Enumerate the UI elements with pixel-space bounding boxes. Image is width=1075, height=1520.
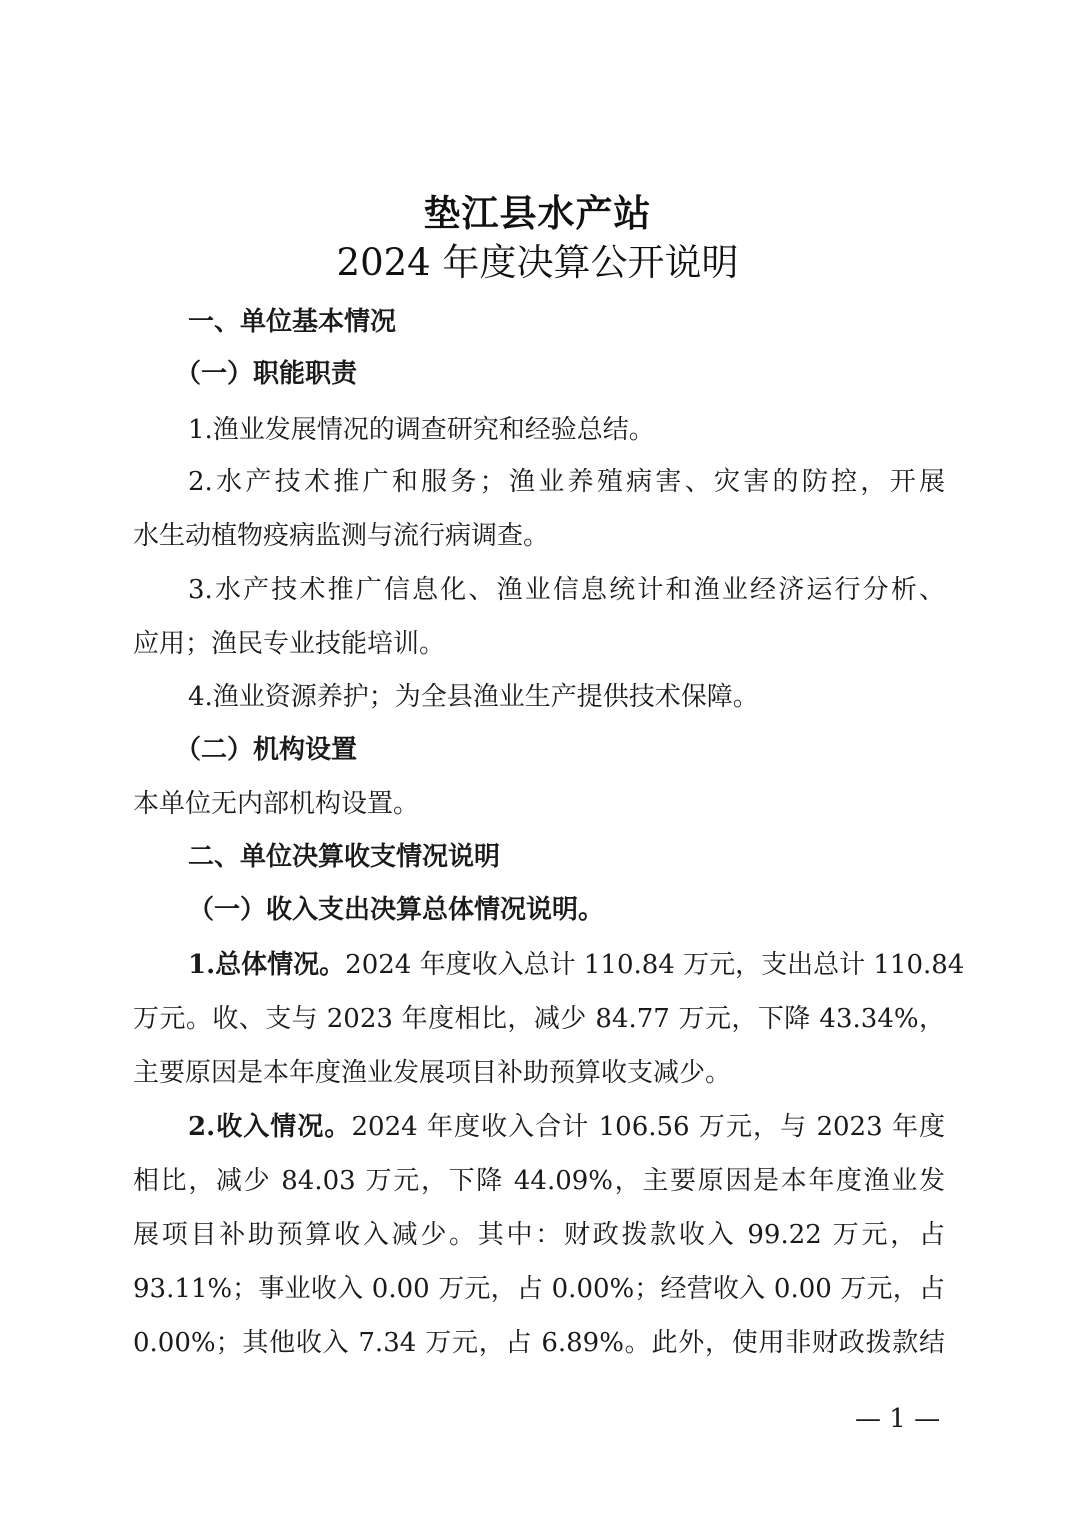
duty-item-2-line1: 2.水产技术推广和服务；渔业养殖病害、灾害的防控，开展 <box>188 465 945 499</box>
income-paragraph-line3: 展项目补助预算收入减少。其中：财政拨款收入 99.22 万元，占 <box>133 1218 945 1252</box>
income-paragraph-line2: 相比，减少 84.03 万元，下降 44.09%，主要原因是本年度渔业发 <box>133 1164 945 1198</box>
income-paragraph-line4: 93.11%；事业收入 0.00 万元，占 0.00%；经营收入 0.00 万元… <box>133 1272 945 1306</box>
subsection-heading-duties: （一）职能职责 <box>175 357 987 391</box>
duty-item-1: 1.渔业发展情况的调查研究和经验总结。 <box>188 413 945 447</box>
income-paragraph-line5: 0.00%；其他收入 7.34 万元，占 6.89%。此外，使用非财政拨款结 <box>133 1326 945 1360</box>
overall-paragraph-line1: 1.总体情况。2024 年度收入总计 110.84 万元，支出总计 110.84 <box>188 948 945 982</box>
overall-paragraph-line2: 万元。收、支与 2023 年度相比，减少 84.77 万元，下降 43.34%， <box>133 1002 945 1036</box>
income-line1-text: 2024 年度收入合计 106.56 万元，与 2023 年度 <box>351 1112 945 1142</box>
section-heading-budget: 二、单位决算收支情况说明 <box>188 840 945 874</box>
duty-item-4: 4.渔业资源养护；为全县渔业生产提供技术保障。 <box>188 680 945 714</box>
subsection-heading-organization: （二）机构设置 <box>175 733 987 767</box>
subsection-heading-overall: （一）收入支出决算总体情况说明。 <box>188 893 1000 927</box>
document-page: 垫江县水产站 2024 年度决算公开说明 一、单位基本情况 （一）职能职责 1.… <box>0 0 1075 1520</box>
section-heading-basic-info: 一、单位基本情况 <box>188 305 945 339</box>
organization-text: 本单位无内部机构设置。 <box>133 787 945 821</box>
income-paragraph-line1: 2.收入情况。2024 年度收入合计 106.56 万元，与 2023 年度 <box>188 1110 945 1144</box>
income-label: 2.收入情况。 <box>188 1112 351 1142</box>
duty-item-3-line1: 3.水产技术推广信息化、渔业信息统计和渔业经济运行分析、 <box>188 573 945 607</box>
duty-item-2-line2: 水生动植物疫病监测与流行病调查。 <box>133 519 945 553</box>
overall-paragraph-line3: 主要原因是本年度渔业发展项目补助预算收支减少。 <box>133 1056 945 1090</box>
document-title-org: 垫江县水产站 <box>0 188 1075 238</box>
duty-item-3-line2: 应用；渔民专业技能培训。 <box>133 627 945 661</box>
overall-line1-text: 2024 年度收入总计 110.84 万元，支出总计 110.84 <box>345 950 964 980</box>
document-title-report: 2024 年度决算公开说明 <box>0 238 1075 288</box>
overall-label: 1.总体情况。 <box>188 950 345 980</box>
page-number: — 1 — <box>855 1402 940 1436</box>
